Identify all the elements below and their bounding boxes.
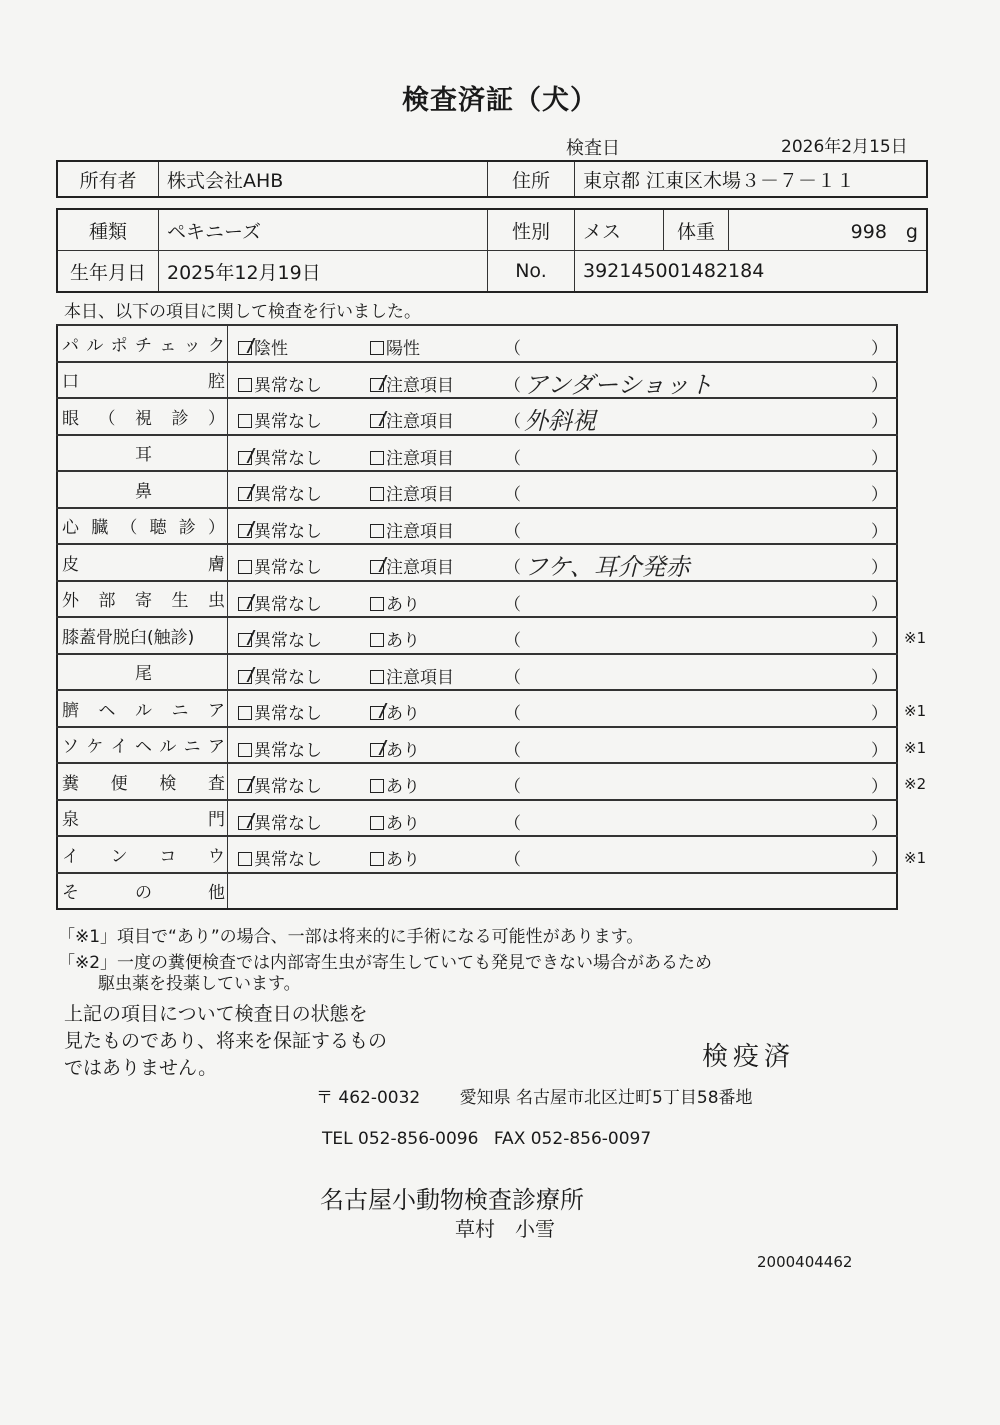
checked-box-icon[interactable] [370, 743, 384, 757]
check-item-char: 査 [208, 769, 225, 794]
owner-label: 所有者 [57, 161, 159, 197]
checkbox-icon[interactable] [370, 779, 384, 793]
check-item-char: ル [86, 331, 103, 356]
check-item-name: インコウ [57, 836, 228, 873]
check-item-char: の [135, 878, 152, 903]
option-label: 異常なし [254, 814, 322, 834]
table-row: 尾異常なし注意項目（） [57, 654, 897, 691]
exam-date: 2026年2月15日 [781, 132, 908, 157]
check-item-name: ソケイヘルニア [57, 727, 228, 764]
breed-value: ペキニーズ [159, 209, 488, 251]
disclaimer-line: 上記の項目について検査日の状態を [64, 1001, 387, 1028]
table-row: パルポチェック陰性陽性（） [57, 325, 897, 362]
street-address: 愛知県 名古屋市北区辻町5丁目58番地 [460, 1088, 753, 1108]
check-item-char: 皮 [62, 550, 79, 575]
option-label: 異常なし [254, 777, 322, 797]
check-item-name: その他 [57, 873, 228, 910]
checked-box-icon[interactable] [370, 560, 384, 574]
option-label: 異常なし [254, 704, 322, 724]
check-item-char: ニ [184, 732, 201, 757]
check-item-name: 眼（視診） [57, 398, 228, 435]
paren-open: （ [504, 663, 521, 688]
table-row: 糞便検査異常なしあり（） [57, 763, 897, 800]
check-item-char: そ [62, 878, 79, 903]
check-item-char: 寄 [135, 586, 152, 611]
checkbox-icon[interactable] [238, 706, 252, 720]
option-label: あり [386, 631, 420, 651]
check-item-char: 診 [179, 513, 196, 538]
check-item-char: ニ [172, 696, 189, 721]
checked-box-icon[interactable] [238, 487, 252, 501]
check-table: パルポチェック陰性陽性（）口腔異常なし注意項目（アンダーショット）眼（視診）異常… [56, 324, 898, 910]
check-item-char: 尾 [135, 659, 152, 684]
option-normal[interactable]: 異常なし [238, 480, 322, 505]
check-item-char: イ [62, 842, 79, 867]
checkbox-icon[interactable] [238, 560, 252, 574]
option-label: 注意項目 [386, 522, 454, 542]
checked-box-icon[interactable] [238, 341, 252, 355]
table-row: 眼（視診）異常なし注意項目（外斜視） [57, 398, 897, 435]
option-abnormal[interactable]: 注意項目 [370, 517, 454, 542]
option-abnormal[interactable]: あり [370, 809, 420, 834]
option-label: 異常なし [254, 522, 322, 542]
check-item-char: チ [135, 331, 152, 356]
checked-box-icon[interactable] [238, 633, 252, 647]
check-item-char: ウ [208, 842, 225, 867]
option-abnormal[interactable]: 注意項目 [370, 444, 454, 469]
checked-box-icon[interactable] [238, 451, 252, 465]
checkbox-icon[interactable] [370, 670, 384, 684]
clinic-name: 名古屋小動物検査診療所 [320, 1180, 584, 1215]
check-item-char: 視 [135, 404, 152, 429]
option-label: あり [386, 850, 420, 870]
document-title: 検査済証（犬） [0, 78, 1000, 117]
intro-text: 本日、以下の項目に関して検査を行いました。 [64, 297, 421, 322]
paren-close: ） [871, 845, 888, 870]
check-item-char: ） [208, 513, 225, 538]
birth-label: 生年月日 [57, 251, 159, 293]
option-abnormal[interactable]: あり [370, 772, 420, 797]
option-normal[interactable]: 異常なし [238, 626, 322, 651]
paren-open: （ [504, 626, 521, 651]
check-item-char: ケ [86, 732, 103, 757]
check-item-char: （ [99, 404, 116, 429]
paren-close: ） [871, 407, 888, 432]
option-abnormal[interactable]: 注意項目 [370, 480, 454, 505]
check-item-char: パ [62, 331, 79, 356]
check-item-char: 膚 [208, 550, 225, 575]
table-row: 膝蓋骨脱臼(触診)異常なしあり（） [57, 617, 897, 654]
checked-box-icon[interactable] [238, 670, 252, 684]
check-item-char: ッ [184, 331, 201, 356]
option-label: 異常なし [254, 485, 322, 505]
check-item-char: 虫 [208, 586, 225, 611]
check-item-char: 膝蓋骨脱臼(触診) [62, 623, 194, 648]
option-label: 異常なし [254, 631, 322, 651]
address-value: 東京都 江東区木場３－７－１１ [575, 161, 928, 197]
option-abnormal[interactable]: あり [370, 626, 420, 651]
check-item-char: 口 [62, 367, 79, 392]
option-label: 異常なし [254, 412, 322, 432]
check-item-char: 生 [172, 586, 189, 611]
check-item-char: ヘ [135, 732, 152, 757]
check-item-char: 腔 [208, 367, 225, 392]
paren-open: （ [504, 444, 521, 469]
option-label: 注意項目 [386, 412, 454, 432]
checked-box-icon[interactable] [370, 706, 384, 720]
disclaimer: 上記の項目について検査日の状態を 見たものであり、将来を保証するもの ではありま… [64, 1001, 387, 1082]
paren-open: （ [504, 553, 521, 578]
paren-close: ） [871, 772, 888, 797]
paren-close: ） [871, 590, 888, 615]
table-row: インコウ異常なしあり（） [57, 836, 897, 873]
check-item-name: 皮膚 [57, 544, 228, 581]
table-row: 鼻異常なし注意項目（） [57, 471, 897, 508]
check-item-char: ク [208, 331, 225, 356]
check-item-char: ェ [159, 331, 176, 356]
check-item-char: ソ [62, 732, 79, 757]
check-item-char: （ [120, 513, 137, 538]
option-label: 異常なし [254, 376, 322, 396]
option-abnormal[interactable]: 注意項目 [370, 553, 454, 578]
check-item-char: 診 [172, 404, 189, 429]
option-normal[interactable]: 異常なし [238, 590, 322, 615]
option-normal[interactable]: 異常なし [238, 371, 322, 396]
handwritten-note[interactable]: 外斜視 [524, 401, 596, 436]
check-item-char: ル [159, 732, 176, 757]
sex-value: メス [575, 209, 664, 251]
paren-open: （ [504, 590, 521, 615]
check-item-char: ヘ [99, 696, 116, 721]
checkbox-icon[interactable] [370, 451, 384, 465]
option-label: 注意項目 [386, 485, 454, 505]
option-label: 陽性 [386, 339, 420, 359]
option-label: あり [386, 777, 420, 797]
paren-close: ） [871, 480, 888, 505]
check-item-name: 膝蓋骨脱臼(触診) [57, 617, 228, 654]
check-item-char: 検 [159, 769, 176, 794]
option-label: あり [386, 704, 420, 724]
check-item-char: ン [111, 842, 128, 867]
option-abnormal[interactable]: あり [370, 736, 420, 761]
table-row: ソケイヘルニア異常なしあり（） [57, 727, 897, 764]
table-row: その他 [57, 873, 897, 910]
option-normal[interactable]: 陰性 [238, 334, 288, 359]
check-item-char: ア [208, 732, 225, 757]
option-normal[interactable]: 異常なし [238, 736, 322, 761]
checkbox-icon[interactable] [238, 743, 252, 757]
option-normal[interactable]: 異常なし [238, 809, 322, 834]
paren-open: （ [504, 772, 521, 797]
option-normal[interactable]: 異常なし [238, 517, 322, 542]
document-number: 2000404462 [757, 1253, 852, 1271]
table-row: 心臓（聴診）異常なし注意項目（） [57, 508, 897, 545]
birth-value: 2025年12月19日 [159, 251, 488, 293]
checkbox-icon[interactable] [370, 852, 384, 866]
paren-close: ） [871, 371, 888, 396]
option-label: 異常なし [254, 850, 322, 870]
paren-open: （ [504, 845, 521, 870]
paren-open: （ [504, 517, 521, 542]
paren-open: （ [504, 334, 521, 359]
option-normal[interactable]: 異常なし [238, 407, 322, 432]
option-label: 陰性 [254, 339, 288, 359]
table-row: 口腔異常なし注意項目（アンダーショット） [57, 362, 897, 399]
check-item-name: 臍ヘルニア [57, 690, 228, 727]
check-item-name: 耳 [57, 435, 228, 472]
option-label: 注意項目 [386, 449, 454, 469]
check-item-char: 部 [99, 586, 116, 611]
checked-box-icon[interactable] [238, 524, 252, 538]
check-item-char: ル [135, 696, 152, 721]
paren-open: （ [504, 371, 521, 396]
owner-value: 株式会社AHB [159, 161, 488, 197]
quarantine-stamp: 検疫済 [702, 1036, 795, 1073]
exam-date-label: 検査日 [566, 134, 620, 160]
paren-close: ） [871, 663, 888, 688]
option-normal[interactable]: 異常なし [238, 444, 322, 469]
option-abnormal[interactable]: あり [370, 845, 420, 870]
sex-label: 性別 [488, 209, 575, 251]
footnote-marker: ※1 [904, 702, 926, 720]
option-abnormal[interactable]: 陽性 [370, 334, 420, 359]
checked-box-icon[interactable] [238, 779, 252, 793]
check-item-char: イ [111, 732, 128, 757]
check-item-char: 外 [62, 586, 79, 611]
option-label: あり [386, 814, 420, 834]
check-item-name: 泉門 [57, 800, 228, 837]
disclaimer-line: ではありません。 [64, 1055, 387, 1082]
check-item-name: 外部寄生虫 [57, 581, 228, 618]
no-value: 392145001482184 [575, 251, 928, 293]
option-normal[interactable]: 異常なし [238, 845, 322, 870]
checkbox-icon[interactable] [370, 487, 384, 501]
check-item-char: ポ [111, 331, 128, 356]
option-label: 注意項目 [386, 558, 454, 578]
checkbox-icon[interactable] [370, 524, 384, 538]
checked-box-icon[interactable] [370, 414, 384, 428]
checkbox-icon[interactable] [238, 414, 252, 428]
paren-close: ） [871, 334, 888, 359]
checked-box-icon[interactable] [370, 378, 384, 392]
option-label: 注意項目 [386, 668, 454, 688]
clinic-address: 〒 462-0032 愛知県 名古屋市北区辻町5丁目58番地 [316, 1083, 753, 1108]
table-row: 耳異常なし注意項目（） [57, 435, 897, 472]
option-label: 異常なし [254, 449, 322, 469]
option-normal[interactable]: 異常なし [238, 699, 322, 724]
weight-label: 体重 [664, 209, 729, 251]
check-item-char: 糞 [62, 769, 79, 794]
check-item-char: 耳 [135, 440, 152, 465]
check-item-name: パルポチェック [57, 325, 228, 362]
checkbox-icon[interactable] [370, 341, 384, 355]
check-item-name: 鼻 [57, 471, 228, 508]
table-row: 皮膚異常なし注意項目（フケ、耳介発赤） [57, 544, 897, 581]
checkbox-icon[interactable] [370, 597, 384, 611]
check-item-char: ア [208, 696, 225, 721]
footnote-marker: ※1 [904, 629, 926, 647]
checkbox-icon[interactable] [370, 633, 384, 647]
disclaimer-line: 見たものであり、将来を保証するもの [64, 1028, 387, 1055]
option-label: 注意項目 [386, 376, 454, 396]
fax: FAX 052-856-0097 [494, 1129, 651, 1149]
footnote-1: 「※1」項目で“あり”の場合、一部は将来的に手術になる可能性があります。 [58, 922, 643, 947]
checked-box-icon[interactable] [238, 597, 252, 611]
option-abnormal[interactable]: 注意項目 [370, 371, 454, 396]
paren-open: （ [504, 407, 521, 432]
option-label: あり [386, 595, 420, 615]
clinic-contact: TEL 052-856-0096 FAX 052-856-0097 [322, 1129, 651, 1149]
paren-open: （ [504, 699, 521, 724]
option-label: あり [386, 741, 420, 761]
check-item-char: 門 [208, 805, 225, 830]
checkbox-icon[interactable] [238, 852, 252, 866]
footnote-marker: ※2 [904, 775, 926, 793]
paren-open: （ [504, 809, 521, 834]
checkbox-icon[interactable] [238, 378, 252, 392]
check-item-char: 心 [62, 513, 79, 538]
check-item-char: 便 [111, 769, 128, 794]
paren-open: （ [504, 736, 521, 761]
paren-close: ） [871, 517, 888, 542]
option-abnormal[interactable]: あり [370, 590, 420, 615]
checkbox-icon[interactable] [370, 816, 384, 830]
checked-box-icon[interactable] [238, 816, 252, 830]
option-normal[interactable]: 異常なし [238, 553, 322, 578]
option-label: 異常なし [254, 558, 322, 578]
footnote-2-cont: 駆虫薬を投薬しています。 [98, 969, 301, 994]
paren-close: ） [871, 809, 888, 834]
postal-code: 〒 462-0032 [316, 1088, 420, 1108]
animal-table: 種類 ペキニーズ 性別 メス 体重 998 g 生年月日 2025年12月19日… [56, 208, 928, 293]
check-item-char: 聴 [150, 513, 167, 538]
no-label: No. [488, 251, 575, 293]
table-row: 泉門異常なしあり（） [57, 800, 897, 837]
check-item-char: 泉 [62, 805, 79, 830]
check-item-name: 心臓（聴診） [57, 508, 228, 545]
check-item-name: 口腔 [57, 362, 228, 399]
check-item-name: 糞便検査 [57, 763, 228, 800]
paren-close: ） [871, 699, 888, 724]
breed-label: 種類 [57, 209, 159, 251]
owner-table: 所有者 株式会社AHB 住所 東京都 江東区木場３－７－１１ [56, 160, 928, 198]
option-normal[interactable]: 異常なし [238, 772, 322, 797]
handwritten-note[interactable]: アンダーショット [524, 365, 713, 400]
option-normal[interactable]: 異常なし [238, 663, 322, 688]
option-abnormal[interactable]: あり [370, 699, 420, 724]
option-abnormal[interactable]: 注意項目 [370, 407, 454, 432]
address-label: 住所 [488, 161, 575, 197]
check-item-char: 鼻 [135, 477, 152, 502]
table-row: 外部寄生虫異常なしあり（） [57, 581, 897, 618]
check-item-char: ） [208, 404, 225, 429]
check-item-char: コ [159, 842, 176, 867]
check-item-char: 臍 [62, 696, 79, 721]
paren-close: ） [871, 626, 888, 651]
check-item-char: 眼 [62, 404, 79, 429]
paren-close: ） [871, 553, 888, 578]
option-label: 異常なし [254, 595, 322, 615]
paren-open: （ [504, 480, 521, 505]
option-label: 異常なし [254, 668, 322, 688]
check-item-char: 臓 [91, 513, 108, 538]
option-label: 異常なし [254, 741, 322, 761]
vet-name: 草村 小雪 [455, 1213, 555, 1242]
footnote-marker: ※1 [904, 849, 926, 867]
check-item-name: 尾 [57, 654, 228, 691]
option-abnormal[interactable]: 注意項目 [370, 663, 454, 688]
table-row: 臍ヘルニア異常なしあり（） [57, 690, 897, 727]
handwritten-note[interactable]: フケ、耳介発赤 [524, 547, 690, 582]
tel: TEL 052-856-0096 [322, 1129, 478, 1149]
footnote-marker: ※1 [904, 739, 926, 757]
weight-value: 998 g [729, 209, 928, 251]
check-item-char: 他 [208, 878, 225, 903]
paren-close: ） [871, 444, 888, 469]
paren-close: ） [871, 736, 888, 761]
